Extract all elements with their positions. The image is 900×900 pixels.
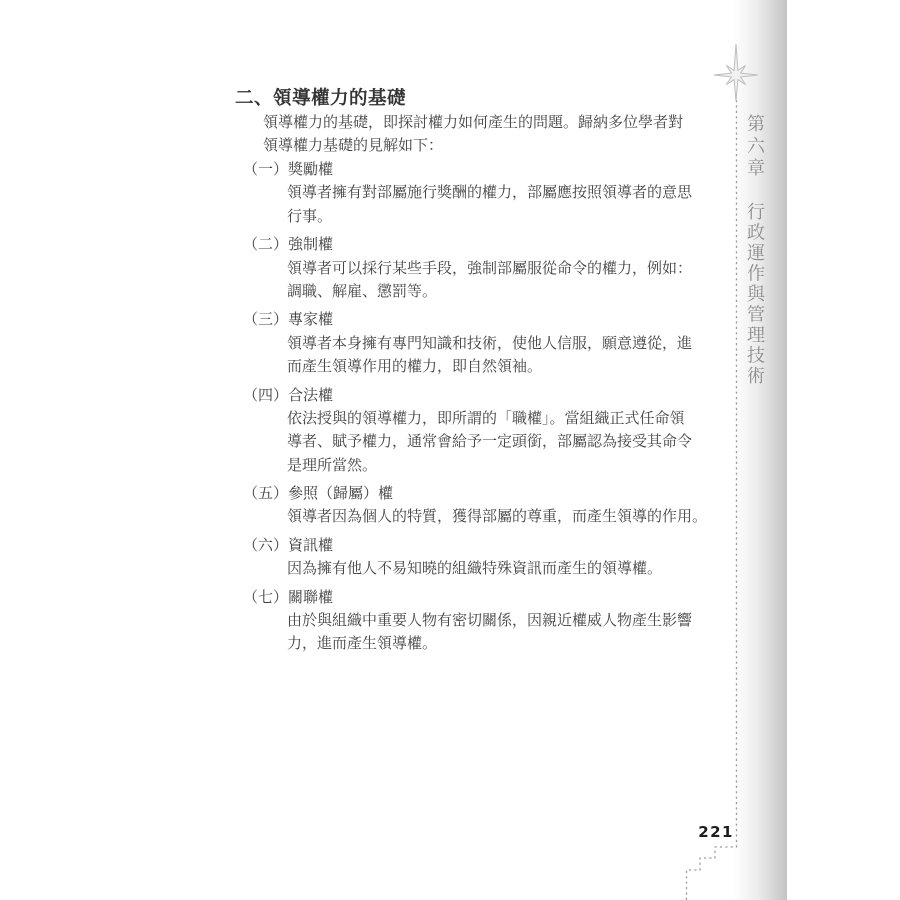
item-label: （七）關聯權 — [243, 586, 707, 609]
item-desc-line: 是理所當然。 — [287, 454, 707, 477]
power-item: （七）關聯權 由於與組織中重要人物有密切關係，因親近權威人物產生影響 力，進而產… — [243, 586, 707, 656]
item-desc-line: 領導者本身擁有專門知識和技術，使他人信服，願意遵從，進 — [287, 332, 707, 355]
power-item: （一）獎勵權 領導者擁有對部屬施行獎酬的權力，部屬應按照領導者的意思 行事。 — [243, 158, 707, 228]
item-desc-line: 力，進而產生領導權。 — [287, 632, 707, 655]
power-item: （六）資訊權 因為擁有他人不易知曉的組織特殊資訊而產生的領導權。 — [243, 534, 707, 581]
item-desc-line: 導者、賦予權力，通常會給予一定頭銜，部屬認為接受其命令 — [287, 430, 707, 453]
item-description: 領導者擁有對部屬施行獎酬的權力，部屬應按照領導者的意思 行事。 — [287, 181, 707, 228]
item-label: （六）資訊權 — [243, 534, 707, 557]
item-desc-line: 領導者可以採行某些手段，強制部屬服從命令的權力，例如： — [287, 257, 707, 280]
item-description: 由於與組織中重要人物有密切關係，因親近權威人物產生影響 力，進而產生領導權。 — [287, 609, 707, 656]
item-label: （五）參照（歸屬）權 — [243, 482, 707, 505]
item-desc-line: 而產生領導作用的權力，即自然領袖。 — [287, 355, 707, 378]
item-label: （一）獎勵權 — [243, 158, 707, 181]
section-heading: 二、領導權力的基礎 — [235, 84, 406, 110]
item-desc-line: 由於與組織中重要人物有密切關係，因親近權威人物產生影響 — [287, 609, 707, 632]
intro-paragraph: 領導權力的基礎，即探討權力如何產生的問題。歸納多位學者對 領導權力基礎的見解如下… — [263, 111, 683, 158]
chapter-number-vertical: 第六章 — [742, 114, 768, 180]
item-desc-line: 依法授與的領導權力，即所謂的「職權」。當組織正式任命領 — [287, 407, 707, 430]
page-number: 221 — [650, 823, 734, 841]
chapter-title-vertical: 行政運作與管理技術 — [742, 202, 768, 387]
power-item: （二）強制權 領導者可以採行某些手段，強制部屬服從命令的權力，例如： 調職、解雇… — [243, 233, 707, 303]
item-description: 依法授與的領導權力，即所謂的「職權」。當組織正式任命領 導者、賦予權力，通常會給… — [287, 407, 707, 477]
item-label: （三）專家權 — [243, 308, 707, 331]
power-items-list: （一）獎勵權 領導者擁有對部屬施行獎酬的權力，部屬應按照領導者的意思 行事。 （… — [243, 158, 707, 661]
item-desc-line: 行事。 — [287, 205, 707, 228]
item-description: 因為擁有他人不易知曉的組織特殊資訊而產生的領導權。 — [287, 557, 707, 580]
book-page: 第六章 行政運作與管理技術 二、領導權力的基礎 領導權力的基礎，即探討權力如何產… — [0, 0, 900, 900]
item-desc-line: 調職、解雇、懲罰等。 — [287, 280, 707, 303]
power-item: （四）合法權 依法授與的領導權力，即所謂的「職權」。當組織正式任命領 導者、賦予… — [243, 384, 707, 478]
item-desc-line: 因為擁有他人不易知曉的組織特殊資訊而產生的領導權。 — [287, 557, 707, 580]
item-description: 領導者因為個人的特質，獲得部屬的尊重，而產生領導的作用。 — [287, 505, 707, 528]
item-label: （二）強制權 — [243, 233, 707, 256]
item-description: 領導者本身擁有專門知識和技術，使他人信服，願意遵從，進 而產生領導作用的權力，即… — [287, 332, 707, 379]
item-desc-line: 領導者因為個人的特質，獲得部屬的尊重，而產生領導的作用。 — [287, 505, 707, 528]
intro-line: 領導權力的基礎，即探討權力如何產生的問題。歸納多位學者對 — [263, 111, 683, 134]
item-desc-line: 領導者擁有對部屬施行獎酬的權力，部屬應按照領導者的意思 — [287, 181, 707, 204]
intro-line: 領導權力基礎的見解如下： — [263, 134, 683, 157]
power-item: （三）專家權 領導者本身擁有專門知識和技術，使他人信服，願意遵從，進 而產生領導… — [243, 308, 707, 378]
item-label: （四）合法權 — [243, 384, 707, 407]
item-description: 領導者可以採行某些手段，強制部屬服從命令的權力，例如： 調職、解雇、懲罰等。 — [287, 257, 707, 304]
power-item: （五）參照（歸屬）權 領導者因為個人的特質，獲得部屬的尊重，而產生領導的作用。 — [243, 482, 707, 529]
